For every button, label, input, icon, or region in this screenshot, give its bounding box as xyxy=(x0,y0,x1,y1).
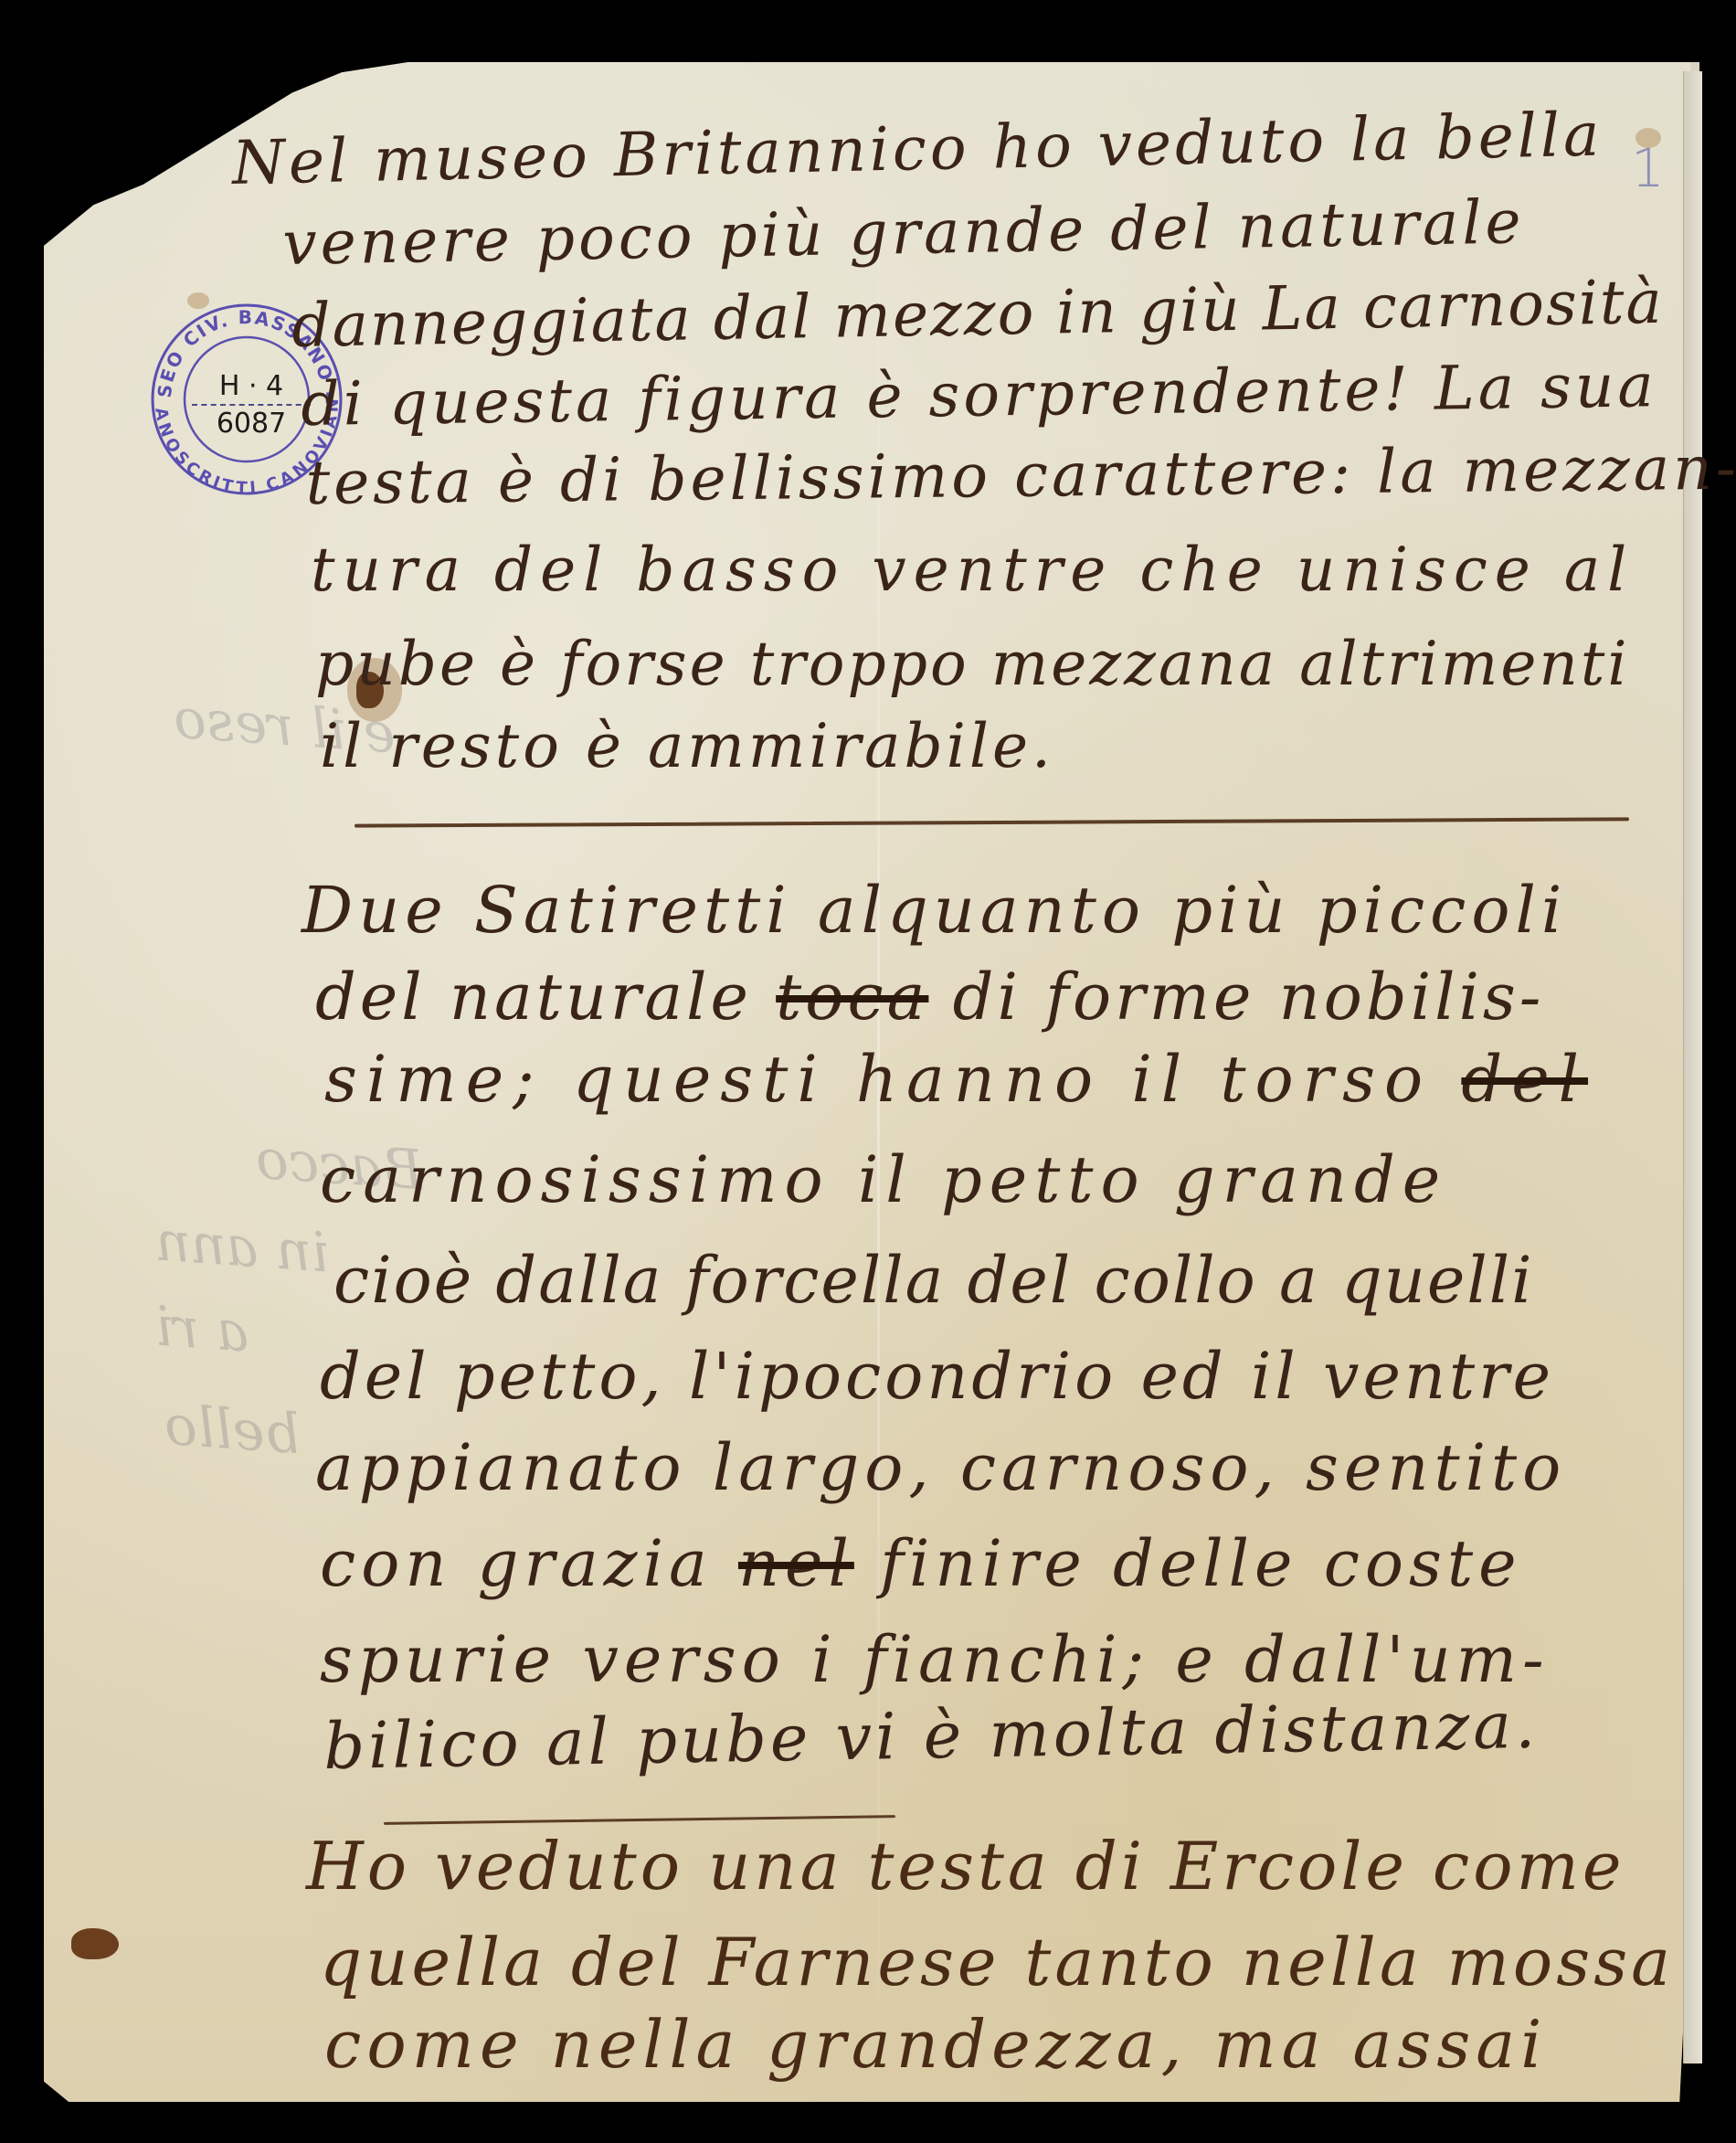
text-line: spurie verso i fianchi; e dall'um- xyxy=(320,1622,1550,1697)
text-line: come nella grandezza, ma assai xyxy=(324,2006,1547,2083)
shelfmark-number: 6087 xyxy=(192,406,311,440)
ink-blot xyxy=(71,1928,119,1959)
text-line: quella del Farnese tanto nella mossa xyxy=(320,1924,1674,2000)
bleed-through-text: in ann xyxy=(153,1209,331,1285)
text-line: carnosissimo il petto grande xyxy=(320,1142,1447,1217)
text-line: appianato largo, carnoso, sentito xyxy=(315,1430,1566,1505)
shelfmark: H · 4 6087 xyxy=(192,370,311,440)
text-line: testa è di bellissimo carattere: la mezz… xyxy=(305,433,1736,518)
bleed-through-text: a ri xyxy=(153,1295,251,1365)
bleed-through-text: bello xyxy=(163,1394,302,1467)
text-line: cioè dalla forcella del collo a quelli xyxy=(333,1243,1533,1318)
struck-word: del xyxy=(1461,1042,1588,1117)
text-line: il resto è ammirabile. xyxy=(320,711,1054,781)
sheet-edge-underlay xyxy=(1683,71,1702,2063)
text-line: con grazia nel finire delle coste xyxy=(320,1526,1522,1601)
text-line: del naturale toca di forme nobilis- xyxy=(315,960,1544,1034)
text-line: tura del basso ventre che unisce al xyxy=(311,535,1634,605)
text-line: sime; questi hanno il torso del xyxy=(324,1042,1588,1117)
text-line: pube è forse troppo mezzana altrimenti xyxy=(315,629,1630,699)
page-number: 1 xyxy=(1631,137,1665,199)
struck-word: nel xyxy=(738,1526,854,1601)
text-line: Ho veduto una testa di Ercole come xyxy=(306,1828,1625,1904)
shelfmark-top: H · 4 xyxy=(192,370,311,406)
text-line: del petto, l'ipocondrio ed il ventre xyxy=(320,1339,1554,1414)
text-line: Due Satiretti alquanto più piccoli xyxy=(302,873,1567,948)
struck-word: toca xyxy=(776,960,928,1034)
